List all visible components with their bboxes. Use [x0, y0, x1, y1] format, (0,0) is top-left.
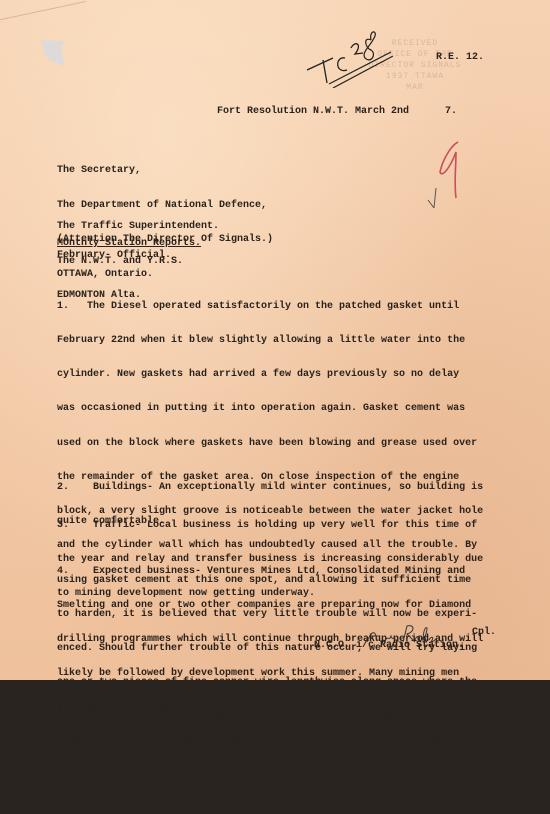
- red-pencil-annotation: [426, 138, 466, 208]
- letter-page: RECEIVED OFFICE OF THE DIRECTOR SIGNALS …: [0, 0, 550, 680]
- dateline: Fort Resolution N.W.T. March 2nd 7.: [217, 106, 457, 117]
- scan-bottom-edge: [0, 680, 550, 684]
- signoff-title: N.C.O. i/c Radio Station.: [314, 640, 464, 651]
- handwritten-file-number: [305, 28, 395, 88]
- subject-subtitle: February- Official.: [57, 250, 201, 262]
- paragraph-4-expected-business: 4. Expected business- Ventures Mines Ltd…: [57, 543, 523, 684]
- subject-block: Monthly Station Reports. February- Offic…: [57, 238, 201, 261]
- signatory-rank: Cpl.: [472, 627, 496, 638]
- reference-number: R.E. 12.: [436, 52, 484, 63]
- subject-title: Monthly Station Reports.: [57, 238, 201, 250]
